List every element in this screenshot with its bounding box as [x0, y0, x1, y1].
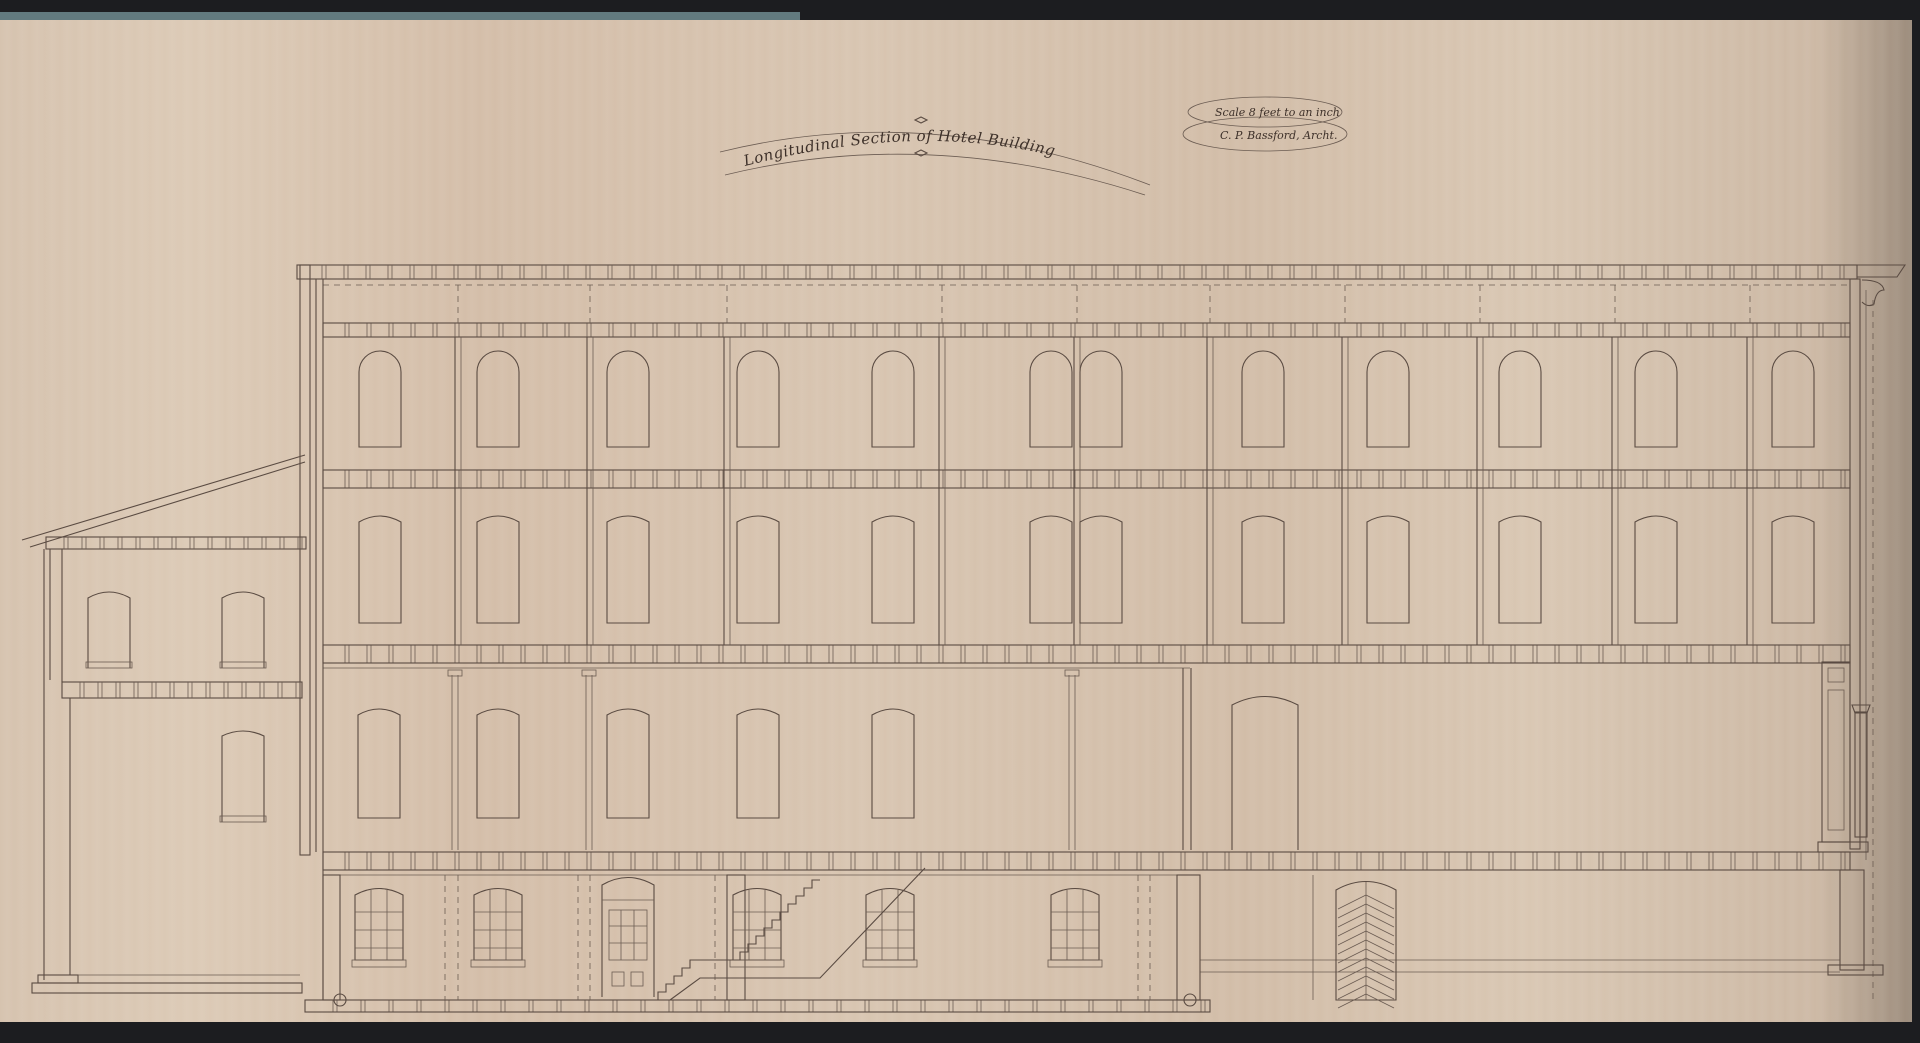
drawing-title: Longitudinal Section of Hotel Building [720, 117, 1150, 195]
column [448, 668, 1191, 850]
architectural-drawing: Longitudinal Section of Hotel Building S… [0, 0, 1920, 1043]
basement [323, 868, 1396, 1008]
document-viewer: Longitudinal Section of Hotel Building S… [0, 0, 1920, 1043]
svg-text:Longitudinal Section of Hotel: Longitudinal Section of Hotel Building [741, 127, 1058, 170]
architect-text: C. P. Bassford, Archt. [1220, 129, 1337, 142]
main-building [297, 265, 1905, 1012]
title-text: Longitudinal Section of Hotel Building [741, 127, 1058, 170]
scale-text: Scale 8 feet to an inch [1215, 106, 1340, 119]
herringbone-door [1336, 882, 1396, 1009]
staircase [658, 868, 925, 1000]
scale-cartouche: Scale 8 feet to an inch C. P. Bassford, … [1183, 97, 1347, 151]
annex-building [22, 455, 306, 993]
entrance-door [602, 878, 654, 998]
